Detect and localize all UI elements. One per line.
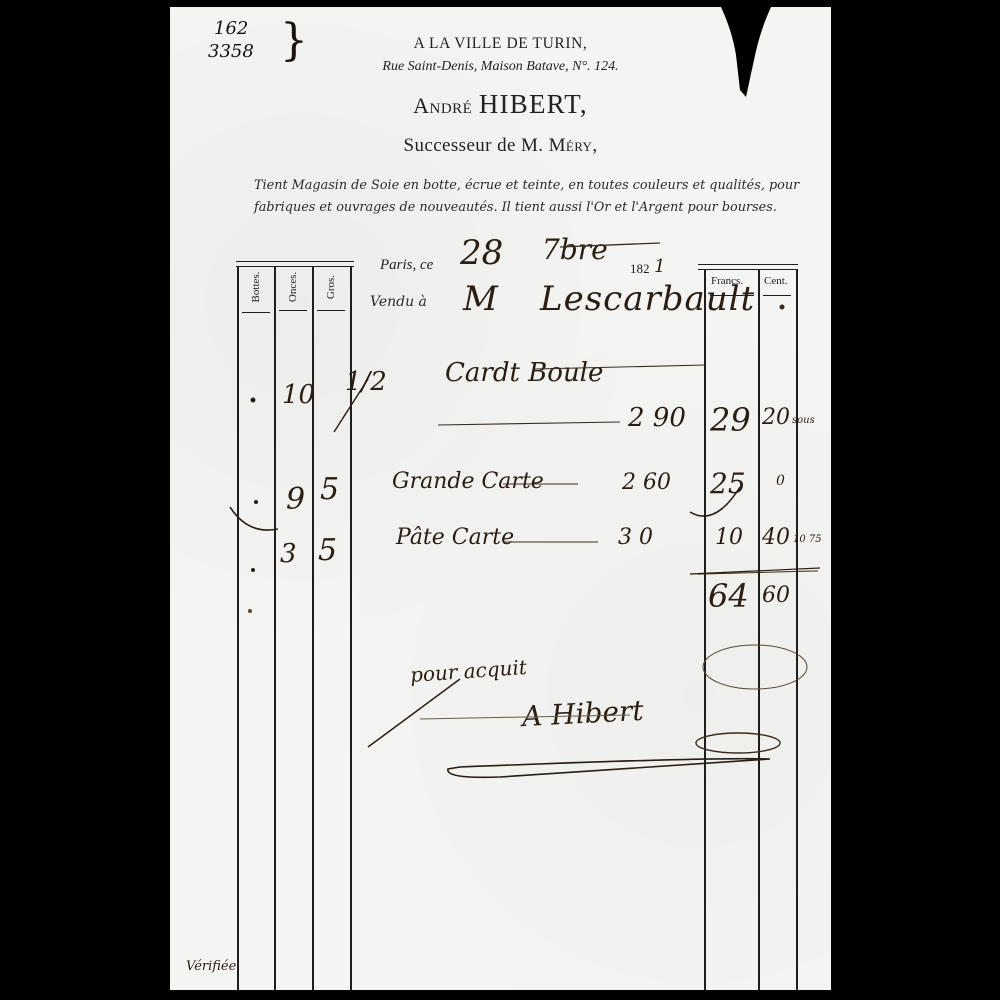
merchant-first-name: André [413,93,472,118]
item-2-description: Grande Carte [392,469,544,494]
column-rule [312,267,314,990]
item-3-gros: 5 [318,533,337,568]
item-1-description: Cardt Boule [445,358,603,388]
column-rule [758,269,760,990]
header-underline [279,310,307,311]
column-rule [796,269,798,990]
column-header-cent: Cent. [764,275,788,287]
item-2-cent: 0 [776,473,785,489]
item-3-onces: 3 [280,539,297,569]
column-header-francs: Francs. [711,275,743,287]
item-3-cent: 40 [762,525,790,550]
column-header-onces: Onces. [287,267,299,307]
item-2-francs: 25 [710,467,746,500]
dateline-label: Paris, ce [380,257,433,274]
item-1-francs: 29 [710,401,751,439]
column-rule [704,269,706,990]
item-2-gros: 5 [320,472,339,507]
item-1-margin-note: sous [792,415,815,426]
item-1-unit-price: 2 90 [628,403,686,433]
item-3-description: Pâte Carte [396,525,514,550]
sold-to-title: M [463,279,498,319]
header-underline [763,295,791,296]
item-3-margin-note: 10 75 [793,534,822,545]
header-underline [710,295,754,296]
item-3-unit-price: 3 0 [618,525,653,550]
column-rule [274,267,276,990]
signature: A Hibert [521,694,644,733]
header-underline [242,312,270,313]
invoice-paper: 162 3358 } A LA VILLE DE TURIN, Rue Sain… [170,7,831,990]
column-header-bottes: Bottes. [250,267,262,307]
acknowledgement: pour acquit [409,655,527,687]
date-year-printed: 182 [630,261,650,277]
shop-description: Tient Magasin de Soie en botte, écrue et… [254,175,814,219]
item-3-francs: 10 [715,525,743,550]
item-1-prefix: 1/2 [345,367,387,397]
header-underline [317,310,345,311]
item-1-onces: 10 [282,380,315,410]
successor-prefix: Successeur de M. [404,135,544,156]
merchant-last-name: HIBERT, [479,89,588,119]
date-year-digit: 1 [654,256,665,277]
merchant-name: André HIBERT, [170,89,831,120]
shop-sign: A LA VILLE DE TURIN, [170,35,831,53]
footer-note: Vérifiée [186,959,236,974]
date-month: 7bre [542,233,608,266]
successor-line: Successeur de M. Méry, [170,135,831,157]
successor-name: Méry, [549,135,598,156]
right-table-top-rule [698,264,798,270]
total-francs: 64 [708,577,749,615]
total-cent: 60 [762,583,790,608]
sold-to-label: Vendu à [370,294,427,310]
date-day: 28 [460,233,503,273]
item-2-unit-price: 2 60 [622,470,671,495]
item-2-onces: 9 [286,482,305,517]
shop-address: Rue Saint-Denis, Maison Batave, N°. 124. [170,59,831,75]
column-rule [237,267,239,990]
item-1-cent: 20 [762,405,790,430]
column-header-gros: Gros. [325,267,337,307]
